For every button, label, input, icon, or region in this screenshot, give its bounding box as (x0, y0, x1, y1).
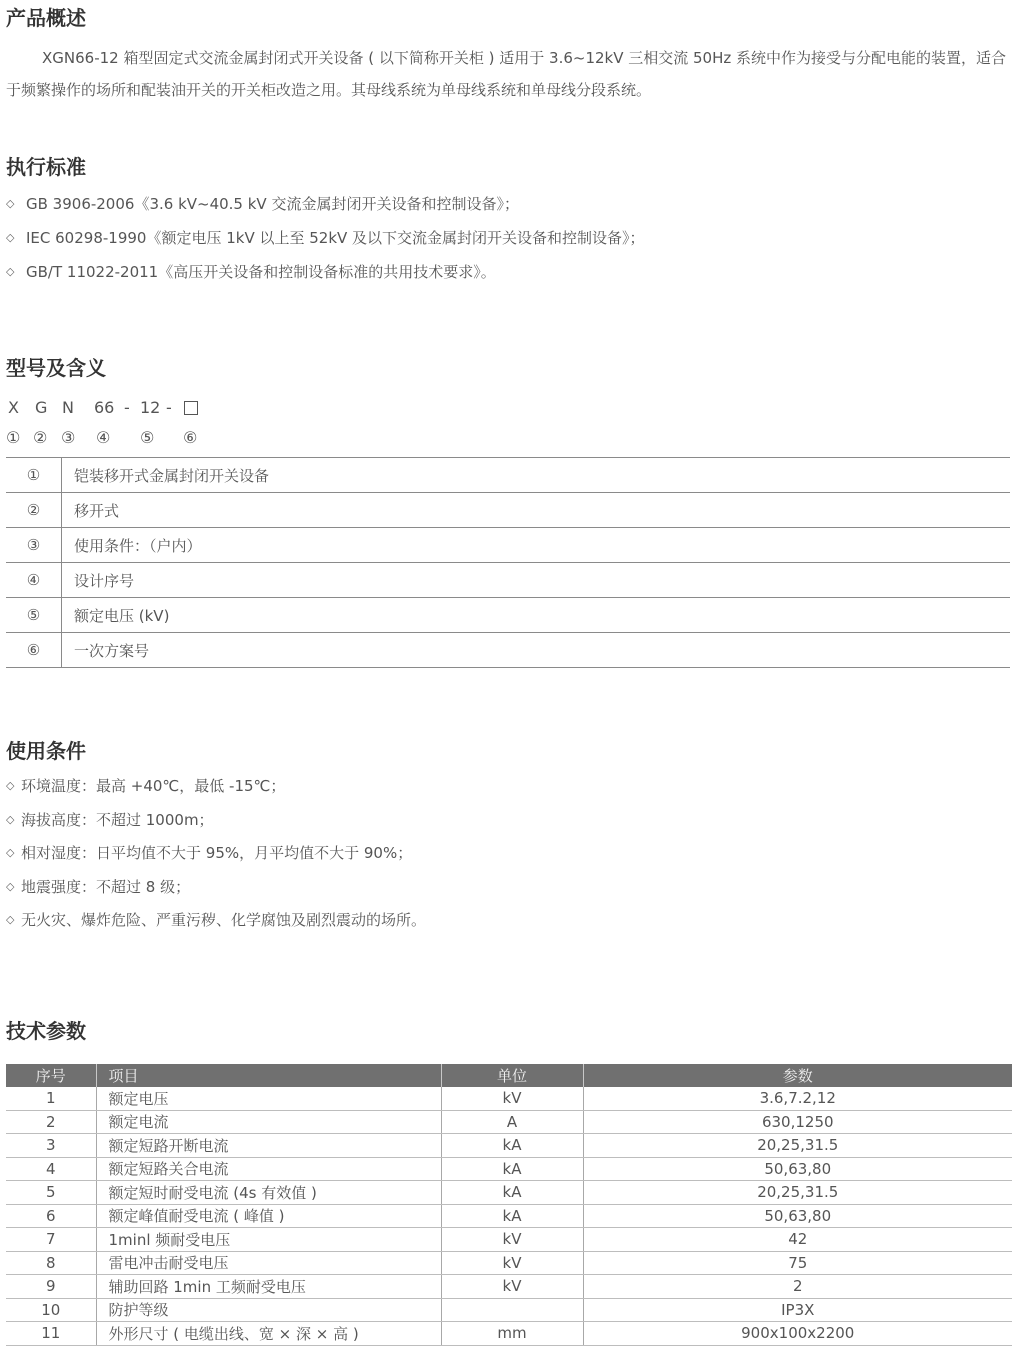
table-row: 71minl 频耐受电压kV42 (6, 1228, 1012, 1252)
diamond-bullet-icon: ◇ (6, 913, 21, 926)
table-row: ⑤额定电压 (kV) (6, 598, 1010, 633)
table-row: 8雷电冲击耐受电压kV75 (6, 1251, 1012, 1275)
conditions-title: 使用条件 (6, 739, 86, 763)
condition-item: ◇海拔高度：不超过 1000m； (6, 803, 426, 837)
table-row: 5额定短时耐受电流 (4s 有效值 )kA20,25,31.5 (6, 1181, 1012, 1205)
table-row: ①铠装移开式金属封闭开关设备 (6, 458, 1010, 493)
conditions-list: ◇环境温度：最高 +40℃，最低 -15℃； ◇海拔高度：不超过 1000m； … (6, 769, 426, 937)
params-table: 序号 项目 单位 参数 1额定电压kV3.6,7.2,12 2额定电流A630,… (6, 1064, 1012, 1346)
table-row: ③使用条件：（户内） (6, 528, 1010, 563)
table-row: ②移开式 (6, 493, 1010, 528)
standard-item: ◇GB/T 11022-2011《高压开关设备和控制设备标准的共用技术要求》。 (6, 254, 645, 288)
condition-item: ◇环境温度：最高 +40℃，最低 -15℃； (6, 769, 426, 803)
diamond-bullet-icon: ◇ (6, 197, 26, 210)
diamond-bullet-icon: ◇ (6, 880, 21, 893)
model-meaning-table: ①铠装移开式金属封闭开关设备 ②移开式 ③使用条件：（户内） ④设计序号 ⑤额定… (6, 457, 1010, 668)
condition-item: ◇相对湿度：日平均值不大于 95%，月平均值不大于 90%； (6, 836, 426, 870)
model-title: 型号及含义 (6, 356, 106, 380)
diamond-bullet-icon: ◇ (6, 846, 21, 859)
table-row: 4额定短路关合电流kA50,63,80 (6, 1157, 1012, 1181)
params-header-row: 序号 项目 单位 参数 (6, 1064, 1012, 1087)
standards-title: 执行标准 (6, 155, 86, 179)
diamond-bullet-icon: ◇ (6, 265, 26, 278)
table-row: ⑥一次方案号 (6, 633, 1010, 668)
standard-item: ◇GB 3906-2006《3.6 kV~40.5 kV 交流金属封闭开关设备和… (6, 186, 645, 220)
table-row: 2额定电流A630,1250 (6, 1110, 1012, 1134)
diamond-bullet-icon: ◇ (6, 779, 21, 792)
placeholder-box-icon (184, 401, 198, 415)
table-row: 11外形尺寸 ( 电缆出线、宽 × 深 × 高 )mm900x100x2200 (6, 1322, 1012, 1346)
table-row: 9辅助回路 1min 工频耐受电压kV2 (6, 1275, 1012, 1299)
diamond-bullet-icon: ◇ (6, 813, 21, 826)
table-row: 1额定电压kV3.6,7.2,12 (6, 1087, 1012, 1110)
table-row: 6额定峰值耐受电流 ( 峰值 )kA50,63,80 (6, 1204, 1012, 1228)
standards-list: ◇GB 3906-2006《3.6 kV~40.5 kV 交流金属封闭开关设备和… (6, 186, 645, 288)
table-row: ④设计序号 (6, 563, 1010, 598)
condition-item: ◇地震强度：不超过 8 级； (6, 870, 426, 904)
condition-item: ◇无火灾、爆炸危险、严重污秽、化学腐蚀及剧烈震动的场所。 (6, 903, 426, 937)
overview-text: XGN66-12 箱型固定式交流金属封闭式开关设备 ( 以下简称开关柜 ) 适用… (6, 42, 1010, 106)
overview-title: 产品概述 (6, 6, 86, 30)
diamond-bullet-icon: ◇ (6, 231, 26, 244)
table-row: 3额定短路开断电流kA20,25,31.5 (6, 1134, 1012, 1158)
standard-item: ◇IEC 60298-1990《额定电压 1kV 以上至 52kV 及以下交流金… (6, 220, 645, 254)
table-row: 10防护等级IP3X (6, 1298, 1012, 1322)
params-title: 技术参数 (6, 1019, 86, 1043)
